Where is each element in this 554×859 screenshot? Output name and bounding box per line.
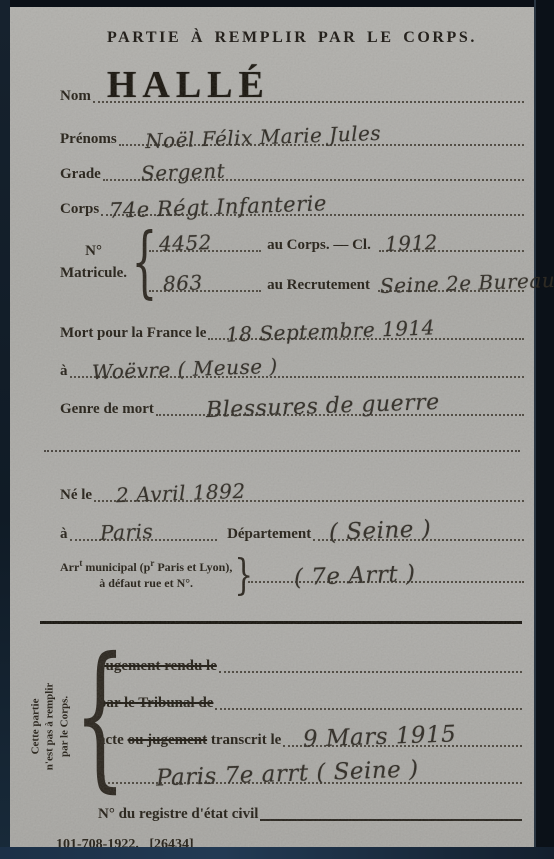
field-lieu-mort: à Woëvre ( Meuse ) [60,352,524,380]
transcrit-dotted-line: 9 Mars 1915 [283,743,522,747]
section-divider-solid [40,621,522,624]
matricule-recrutement-line: 863 [149,288,261,292]
arrondissement-dotted-line: ( 7e Arrt ) [248,579,524,583]
genre-mort-dotted-line: Blessures de guerre [156,412,524,416]
field-transcrit-lieu: à Paris 7e arrt ( Seine ) [98,749,522,786]
field-tribunal: par le Tribunal de [98,675,522,712]
recrutement-value: Seine 2e Bureau [380,268,554,298]
ne-a-dotted-line: Paris [70,537,218,541]
prenoms-dotted-line: Noël Félix Marie Jules [119,142,524,146]
civil-registry-section: Cette partie n'est pas à remplir par le … [60,638,524,846]
matricule-rows: 4452 au Corps. — Cl. 1912 863 au Recrute… [147,230,524,294]
au-recrutement-label: au Recrutement [267,278,370,294]
side-note-line1: Cette partie [29,682,43,770]
field-grade: Grade Sergent [60,155,524,183]
arrondissement-label: Arrt municipal (pr Paris et Lyon), à déf… [60,558,232,591]
transcrit-lieu-dotted-line: Paris 7e arrt ( Seine ) [108,780,523,784]
side-note: Cette partie n'est pas à remplir par le … [28,656,72,796]
side-note-line2: n'est pas à remplir [43,682,57,770]
ne-a-value: Paris [99,519,153,545]
mort-date-value: 18 Septembre 1914 [226,315,436,346]
classe-line: 1912 [379,248,524,252]
matricule-corps-line: 4452 [149,248,261,252]
prenoms-label: Prénoms [60,132,117,148]
matricule-recrutement-number: 863 [163,270,204,295]
record-card: PARTIE À REMPLIR PAR LE CORPS. Nom HALLÉ… [10,7,534,847]
nom-label: Nom [60,89,91,105]
field-registre: N° du registre d'état civil [98,786,522,823]
genre-mort-label: Genre de mort [60,402,154,418]
matricule-label-line2: Matricule. [60,262,127,285]
arrondissement-label-line1: Arrt municipal (pr Paris et Lyon), [60,558,232,576]
lieu-mort-label: à [60,364,68,380]
card-content: PARTIE À REMPLIR PAR LE CORPS. Nom HALLÉ… [10,7,534,846]
matricule-label: N° Matricule. [60,240,127,285]
au-corps-label: au Corps. — Cl. [267,238,371,254]
nom-value: HALLÉ [107,63,270,107]
registre-solid-line [260,817,522,821]
brace-icon: } [235,554,246,596]
side-note-line3: par le Corps. [57,682,71,770]
arrondissement-label-line2: à défaut rue et N°. [60,576,232,592]
field-genre-mort: Genre de mort Blessures de guerre [60,390,524,418]
matricule-corps-row: 4452 au Corps. — Cl. 1912 [147,236,524,254]
matricule-label-line1: N° [60,240,127,263]
grade-value: Sergent [140,159,225,186]
tribunal-dotted-line [215,706,522,710]
recrutement-line: Seine 2e Bureau [378,288,524,292]
brace-icon: { [74,632,88,800]
nom-dotted-line: HALLÉ [93,99,524,103]
grade-dotted-line: Sergent [103,177,524,181]
departement-dotted-line: ( Seine ) [313,537,524,541]
section-divider-dotted [44,450,520,452]
grade-label: Grade [60,167,101,183]
form-title: PARTIE À REMPLIR PAR LE CORPS. [60,7,524,47]
ne-a-label: à [60,527,68,543]
field-ne-le: Né le 2 Avril 1892 [60,476,524,504]
civil-registry-rows: Jugement rendu le par le Tribunal de act… [98,638,522,823]
jugement-dotted-line [219,669,522,673]
side-note-text: Cette partie n'est pas à remplir par le … [29,682,72,770]
prenoms-value: Noël Félix Marie Jules [144,121,381,153]
departement-value: ( Seine ) [329,516,432,546]
field-mort-pour-la-france: Mort pour la France le 18 Septembre 1914 [60,314,524,342]
departement-label: Département [227,527,311,543]
scan-left-edge [0,0,10,859]
classe-value: 1912 [384,230,438,256]
corps-dotted-line: 74e Régt Infanterie [101,212,524,216]
transcrit-date-value: 9 Mars 1915 [303,721,457,752]
scan-right-edge [534,0,554,859]
field-transcrit: acte ou jugement transcrit le 9 Mars 191… [98,712,522,749]
scan-bottom-edge [0,847,554,859]
matricule-recrutement-row: 863 au Recrutement Seine 2e Bureau [147,276,524,294]
ne-le-label: Né le [60,488,92,504]
lieu-mort-dotted-line: Woëvre ( Meuse ) [70,374,525,378]
corps-label: Corps [60,202,99,218]
mort-label: Mort pour la France le [60,326,206,342]
field-jugement: Jugement rendu le [98,638,522,675]
lieu-mort-value: Woëvre ( Meuse ) [91,354,277,384]
field-corps: Corps 74e Régt Infanterie [60,190,524,218]
genre-mort-value: Blessures de guerre [206,390,440,423]
registre-label: N° du registre d'état civil [98,807,258,823]
brace-icon: { [132,226,143,297]
arrondissement-value: ( 7e Arrt ) [294,561,416,591]
field-prenoms: Prénoms Noël Félix Marie Jules [60,120,524,148]
mort-dotted-line: 18 Septembre 1914 [208,336,524,340]
ne-le-value: 2 Avril 1892 [116,479,246,508]
field-ne-a-departement: à Paris Département ( Seine ) [60,515,524,543]
transcrit-struck-part: ou jugement [128,732,208,748]
matricule-corps-number: 4452 [159,230,213,256]
scan-background: PARTIE À REMPLIR PAR LE CORPS. Nom HALLÉ… [0,0,554,859]
field-matricule: N° Matricule. { 4452 au Corps. — Cl. 191… [60,228,524,296]
ne-le-dotted-line: 2 Avril 1892 [94,498,524,502]
field-arrondissement: Arrt municipal (pr Paris et Lyon), à déf… [60,553,524,597]
field-nom: Nom HALLÉ [60,63,524,105]
